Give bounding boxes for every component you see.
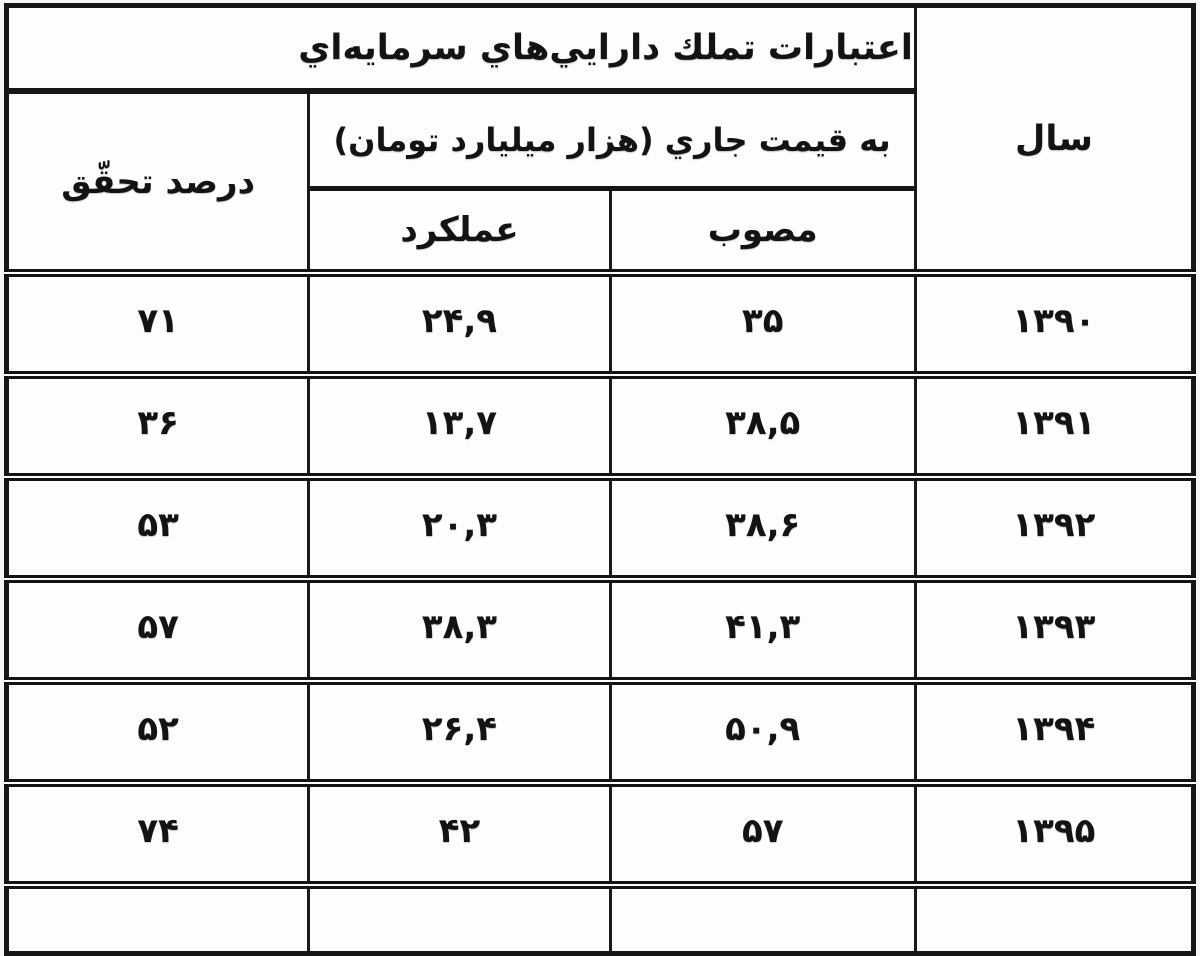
table-row: ۱۳۹۴ ۵۰,۹ ۲۶,۴ ۵۲ — [7, 681, 1194, 783]
realization-percent-header: درصد تحقّق — [7, 91, 309, 273]
table-title: اعتبارات تملك دارايي‌هاي سرمايه‌اي — [7, 6, 916, 92]
table-row: ۱۳۹۲ ۳۸,۶ ۲۰,۳ ۵۳ — [7, 477, 1194, 579]
year-cell: ۱۳۹۳ — [915, 579, 1193, 681]
approved-cell: ۵۰,۹ — [610, 681, 915, 783]
performance-cell: ۳۸,۳ — [309, 579, 610, 681]
performance-cell: ۲۶,۴ — [309, 681, 610, 783]
table-row: ۱۳۹۳ ۴۱,۳ ۳۸,۳ ۵۷ — [7, 579, 1194, 681]
approved-column-header: مصوب — [610, 189, 915, 274]
capital-assets-credits-table: سال اعتبارات تملك دارايي‌هاي سرمايه‌اي ب… — [4, 3, 1196, 799]
performance-column-header: عملكرد — [309, 189, 610, 274]
year-cell: ۱۳۹۵ — [915, 783, 1193, 799]
header-row-title: سال اعتبارات تملك دارايي‌هاي سرمايه‌اي — [7, 6, 1194, 92]
year-column-header: سال — [915, 6, 1193, 274]
realization-cell: ۵۲ — [7, 681, 309, 783]
table-row: ۱۳۹۵ ۵۷ ۴۲ ۷۴ — [7, 783, 1194, 799]
realization-cell: ۷۱ — [7, 273, 309, 375]
realization-cell: ۳۶ — [7, 375, 309, 477]
year-cell: ۱۳۹۰ — [915, 273, 1193, 375]
table-row: ۱۳۹۱ ۳۸,۵ ۱۳,۷ ۳۶ — [7, 375, 1194, 477]
performance-cell: ۲۴,۹ — [309, 273, 610, 375]
realization-cell: ۵۳ — [7, 477, 309, 579]
performance-cell: ۲۰,۳ — [309, 477, 610, 579]
approved-cell: ۳۸,۶ — [610, 477, 915, 579]
current-price-unit-header: به قيمت جاري (هزار ميليارد تومان) — [309, 91, 916, 189]
realization-cell: ۷۴ — [7, 783, 309, 799]
year-cell: ۱۳۹۱ — [915, 375, 1193, 477]
approved-cell: ۴۱,۳ — [610, 579, 915, 681]
realization-cell: ۵۷ — [7, 579, 309, 681]
approved-cell: ۳۵ — [610, 273, 915, 375]
year-cell: ۱۳۹۴ — [915, 681, 1193, 783]
approved-cell: ۵۷ — [610, 783, 915, 799]
performance-cell: ۴۲ — [309, 783, 610, 799]
performance-cell: ۱۳,۷ — [309, 375, 610, 477]
year-cell: ۱۳۹۲ — [915, 477, 1193, 579]
table-row: ۱۳۹۰ ۳۵ ۲۴,۹ ۷۱ — [7, 273, 1194, 375]
approved-cell: ۳۸,۵ — [610, 375, 915, 477]
credits-table-frame: سال اعتبارات تملك دارايي‌هاي سرمايه‌اي ب… — [4, 3, 1196, 799]
